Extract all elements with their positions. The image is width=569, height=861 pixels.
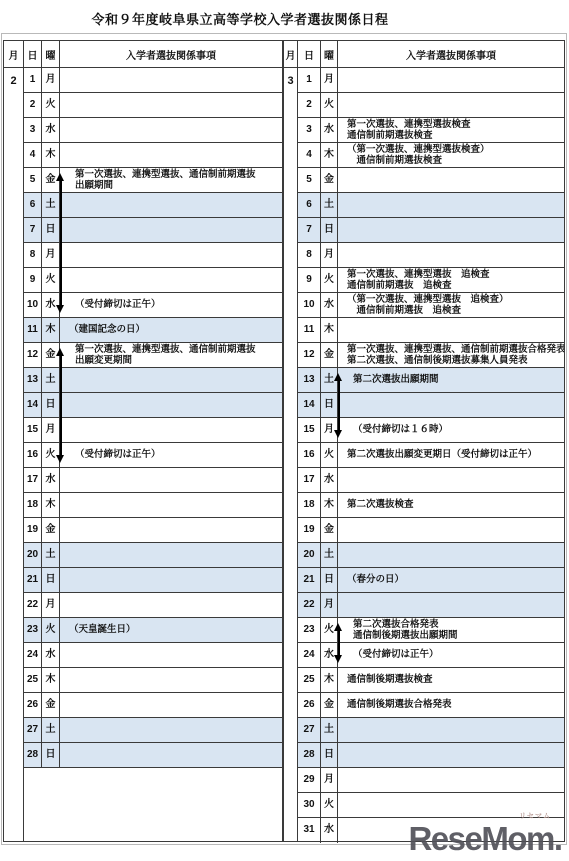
day-cell: 1 [24, 68, 42, 92]
day-cell: 12 [298, 343, 321, 367]
table-row-day-23: 23火（天皇誕生日） [24, 618, 282, 643]
arrow-shaft [338, 629, 340, 657]
events-cell [338, 243, 564, 267]
day-cell: 24 [298, 643, 321, 667]
events-cell [338, 743, 564, 767]
day-cell: 19 [24, 518, 42, 542]
day-cell: 15 [298, 418, 321, 442]
weekday-cell: 日 [321, 743, 338, 767]
day-cell: 10 [24, 293, 42, 317]
table-row-day-19: 19金 [24, 518, 282, 543]
events-cell [338, 168, 564, 192]
table-row-day-10: 10水（第一次選抜、連携型選抜 追検査） 通信制前期選抜 追検査 [298, 293, 564, 318]
events-cell [60, 193, 282, 217]
february-schedule-table: 月日曜入学者選抜関係事項21月2火3水4木5金第一次選抜、連携型選抜、通信制前期… [3, 40, 283, 842]
day-cell: 14 [298, 393, 321, 417]
weekday-cell: 木 [42, 668, 60, 692]
table-row-day-2: 2火 [24, 93, 282, 118]
event-line: 第二次選抜合格発表 [353, 619, 562, 631]
event-line: 通信制前期選抜検査 [347, 130, 562, 142]
column-header-weekday: 曜 [42, 41, 60, 67]
table-row-day-12: 12金第一次選抜、連携型選抜、通信制前期選抜合格発表第二次選抜、通信制後期選抜募… [298, 343, 564, 368]
weekday-cell: 水 [42, 118, 60, 142]
events-cell [60, 368, 282, 392]
day-cell: 3 [24, 118, 42, 142]
day-cell: 4 [298, 143, 321, 167]
events-cell [60, 543, 282, 567]
weekday-cell: 土 [321, 543, 338, 567]
table-row-day-7: 7日 [298, 218, 564, 243]
day-cell: 17 [24, 468, 42, 492]
table-header-row: 月日曜入学者選抜関係事項 [4, 41, 282, 68]
march-schedule-table: 月日曜入学者選抜関係事項31月2火3水第一次選抜、連携型選抜検査通信制前期選抜検… [283, 40, 565, 842]
table-row-day-22: 22月 [24, 593, 282, 618]
events-cell: 第一次選抜、連携型選抜検査通信制前期選抜検査 [338, 118, 564, 142]
weekday-cell: 水 [321, 468, 338, 492]
weekday-cell: 木 [42, 143, 60, 167]
weekday-cell: 日 [42, 568, 60, 592]
day-cell: 16 [298, 443, 321, 467]
event-line: （受付締切は正午） [75, 449, 280, 461]
table-row-day-8: 8月 [298, 243, 564, 268]
logo-text: ReseMom [408, 820, 553, 857]
day-cell: 11 [24, 318, 42, 342]
events-cell [60, 243, 282, 267]
day-cell: 14 [24, 393, 42, 417]
day-cell: 20 [298, 543, 321, 567]
weekday-cell: 水 [321, 118, 338, 142]
day-cell: 13 [24, 368, 42, 392]
events-cell [60, 693, 282, 717]
day-cell: 24 [24, 643, 42, 667]
weekday-cell: 土 [42, 718, 60, 742]
event-line: 通信制前期選抜検査 [347, 155, 562, 167]
column-header-day: 日 [298, 41, 321, 67]
events-cell [338, 218, 564, 242]
weekday-cell: 金 [321, 693, 338, 717]
table-row-day-24: 24水 [24, 643, 282, 668]
day-cell: 20 [24, 543, 42, 567]
resemom-watermark: リセマム ReseMom. [408, 813, 563, 858]
table-row-day-20: 20土 [24, 543, 282, 568]
events-cell: 第一次選抜、連携型選抜、通信制前期選抜出願期間 [60, 168, 282, 192]
event-line: 第一次選抜、連携型選抜、通信制前期選抜合格発表 [347, 344, 562, 356]
day-cell: 22 [298, 593, 321, 617]
weekday-cell: 月 [321, 243, 338, 267]
day-cell: 17 [298, 468, 321, 492]
event-line: 第二次選抜、通信制後期選抜募集人員発表 [347, 355, 562, 367]
event-line: （受付締切は１６時） [353, 424, 562, 436]
schedule-page: 令和９年度岐阜県立高等学校入学者選抜関係日程 月日曜入学者選抜関係事項21月2火… [0, 0, 569, 861]
weekday-cell: 水 [42, 643, 60, 667]
day-cell: 27 [298, 718, 321, 742]
table-row-day-4: 4木 [24, 143, 282, 168]
events-cell [60, 743, 282, 767]
table-row-day-25: 25木通信制後期選抜検査 [298, 668, 564, 693]
day-cell: 21 [298, 568, 321, 592]
weekday-cell: 木 [321, 143, 338, 167]
table-row-day-19: 19金 [298, 518, 564, 543]
table-row-day-11: 11木（建国記念の日） [24, 318, 282, 343]
event-line: 第一次選抜、連携型選抜検査 [347, 119, 562, 131]
table-row-day-28: 28日 [298, 743, 564, 768]
day-cell: 8 [24, 243, 42, 267]
day-cell: 25 [298, 668, 321, 692]
weekday-cell: 土 [321, 718, 338, 742]
day-cell: 2 [24, 93, 42, 117]
events-cell [60, 493, 282, 517]
month-label: 3 [284, 68, 298, 841]
day-cell: 6 [24, 193, 42, 217]
events-cell [338, 543, 564, 567]
arrow-down-head [334, 430, 342, 438]
day-cell: 26 [24, 693, 42, 717]
events-cell [60, 93, 282, 117]
events-cell: 第一次選抜、連携型選抜 追検査通信制前期選抜 追検査 [338, 268, 564, 292]
table-row-day-26: 26金 [24, 693, 282, 718]
events-cell: 第二次選抜出願期間 [338, 368, 564, 392]
table-row-day-25: 25木 [24, 668, 282, 693]
weekday-cell: 金 [42, 693, 60, 717]
arrow-down-head [56, 305, 64, 313]
day-cell: 23 [24, 618, 42, 642]
event-line: 第二次選抜検査 [347, 499, 562, 511]
column-header-day: 日 [24, 41, 42, 67]
table-row-day-20: 20土 [298, 543, 564, 568]
table-row-day-22: 22月 [298, 593, 564, 618]
events-cell: 第一次選抜、連携型選抜、通信制前期選抜出願変更期間 [60, 343, 282, 367]
events-cell: 第二次選抜合格発表通信制後期選抜出願期間 [338, 618, 564, 642]
day-cell: 28 [24, 743, 42, 767]
weekday-cell: 木 [321, 318, 338, 342]
table-row-day-2: 2火 [298, 93, 564, 118]
column-header-month: 月 [4, 41, 24, 67]
day-cell: 22 [24, 593, 42, 617]
weekday-cell: 火 [321, 268, 338, 292]
day-cell: 12 [24, 343, 42, 367]
events-cell: 第二次選抜出願変更期日（受付締切は正午） [338, 443, 564, 467]
events-cell: （天皇誕生日） [60, 618, 282, 642]
table-row-day-29: 29月 [298, 768, 564, 793]
weekday-cell: 木 [321, 493, 338, 517]
event-line: 第一次選抜、連携型選抜 追検査 [347, 269, 562, 281]
events-cell: （建国記念の日） [60, 318, 282, 342]
event-line: （春分の日） [347, 574, 562, 586]
table-row-day-3: 3水 [24, 118, 282, 143]
weekday-cell: 月 [42, 593, 60, 617]
events-cell [60, 418, 282, 442]
events-cell [338, 718, 564, 742]
event-line: 通信制後期選抜出願期間 [353, 630, 562, 642]
table-row-day-17: 17水 [24, 468, 282, 493]
weekday-cell: 土 [42, 543, 60, 567]
events-cell: （受付締切は正午） [60, 293, 282, 317]
events-cell [60, 668, 282, 692]
day-cell: 21 [24, 568, 42, 592]
event-line: （受付締切は正午） [353, 649, 562, 661]
events-cell: （第一次選抜、連携型選抜検査） 通信制前期選抜検査 [338, 143, 564, 167]
weekday-cell: 火 [321, 443, 338, 467]
table-row-day-6: 6土 [298, 193, 564, 218]
weekday-cell: 水 [321, 293, 338, 317]
weekday-cell: 木 [321, 668, 338, 692]
table-row-day-17: 17水 [298, 468, 564, 493]
day-cell: 5 [24, 168, 42, 192]
weekday-cell: 金 [321, 518, 338, 542]
day-cell: 25 [24, 668, 42, 692]
table-row-day-16: 16火第二次選抜出願変更期日（受付締切は正午） [298, 443, 564, 468]
event-line: 通信制前期選抜 追検査 [347, 280, 562, 292]
table-row-day-21: 21日（春分の日） [298, 568, 564, 593]
arrow-shaft [60, 354, 62, 457]
events-cell: （受付締切は正午） [338, 643, 564, 667]
events-cell [338, 393, 564, 417]
column-header-month: 月 [284, 41, 298, 67]
day-cell: 8 [298, 243, 321, 267]
day-cell: 18 [298, 493, 321, 517]
table-row-day-5: 5金 [298, 168, 564, 193]
period-arrow [56, 348, 65, 463]
events-cell: （受付締切は１６時） [338, 418, 564, 442]
events-cell [338, 193, 564, 217]
day-cell: 15 [24, 418, 42, 442]
period-arrow [334, 623, 343, 663]
table-header-row: 月日曜入学者選抜関係事項 [284, 41, 564, 68]
arrow-shaft [60, 179, 62, 307]
weekday-cell: 土 [321, 193, 338, 217]
arrow-down-head [334, 655, 342, 663]
events-cell [60, 643, 282, 667]
day-cell: 28 [298, 743, 321, 767]
column-header-events: 入学者選抜関係事項 [338, 41, 564, 67]
day-cell: 19 [298, 518, 321, 542]
table-row-day-1: 1月 [24, 68, 282, 93]
month-label: 2 [4, 68, 24, 841]
weekday-cell: 水 [321, 818, 338, 843]
table-row-day-27: 27土 [298, 718, 564, 743]
day-cell: 5 [298, 168, 321, 192]
day-cell: 16 [24, 443, 42, 467]
events-cell [338, 768, 564, 792]
weekday-cell: 月 [321, 593, 338, 617]
day-cell: 9 [298, 268, 321, 292]
day-cell: 3 [298, 118, 321, 142]
events-cell: （春分の日） [338, 568, 564, 592]
events-cell: 第二次選抜検査 [338, 493, 564, 517]
weekday-cell: 日 [321, 568, 338, 592]
day-cell: 7 [24, 218, 42, 242]
table-row-day-18: 18木 [24, 493, 282, 518]
column-header-weekday: 曜 [321, 41, 338, 67]
weekday-cell: 月 [321, 768, 338, 792]
event-line: 通信制前期選抜 追検査 [347, 305, 562, 317]
weekday-cell: 木 [42, 318, 60, 342]
events-cell [60, 68, 282, 92]
period-arrow [56, 173, 65, 313]
event-line: （第一次選抜、連携型選抜 追検査） [347, 294, 562, 306]
day-cell: 29 [298, 768, 321, 792]
table-row-day-4: 4木（第一次選抜、連携型選抜検査） 通信制前期選抜検査 [298, 143, 564, 168]
events-cell [338, 68, 564, 92]
day-cell: 23 [298, 618, 321, 642]
day-rows: 1月2火3水第一次選抜、連携型選抜検査通信制前期選抜検査4木（第一次選抜、連携型… [298, 68, 564, 841]
weekday-cell: 金 [321, 168, 338, 192]
event-line: （第一次選抜、連携型選抜検査） [347, 144, 562, 156]
table-row-day-27: 27土 [24, 718, 282, 743]
page-title: 令和９年度岐阜県立高等学校入学者選抜関係日程 [0, 9, 480, 28]
table-row-day-1: 1月 [298, 68, 564, 93]
event-line: 出願期間 [75, 180, 280, 192]
day-cell: 18 [24, 493, 42, 517]
events-cell: （受付締切は正午） [60, 443, 282, 467]
events-cell [338, 593, 564, 617]
day-cell: 10 [298, 293, 321, 317]
events-cell: 第一次選抜、連携型選抜、通信制前期選抜合格発表第二次選抜、通信制後期選抜募集人員… [338, 343, 564, 367]
events-cell [338, 93, 564, 117]
weekday-cell: 日 [42, 743, 60, 767]
weekday-cell: 火 [321, 93, 338, 117]
table-row-day-9: 9火第一次選抜、連携型選抜 追検査通信制前期選抜 追検査 [298, 268, 564, 293]
day-cell: 4 [24, 143, 42, 167]
day-cell: 26 [298, 693, 321, 717]
weekday-cell: 月 [42, 68, 60, 92]
event-line: 第一次選抜、連携型選抜、通信制前期選抜 [75, 344, 280, 356]
weekday-cell: 木 [42, 493, 60, 517]
event-line: 通信制後期選抜合格発表 [347, 699, 562, 711]
events-cell: 通信制後期選抜検査 [338, 668, 564, 692]
event-line: 第二次選抜出願期間 [353, 374, 562, 386]
events-cell [60, 143, 282, 167]
table-row-day-3: 3水第一次選抜、連携型選抜検査通信制前期選抜検査 [298, 118, 564, 143]
event-line: 出願変更期間 [75, 355, 280, 367]
day-cell: 30 [298, 793, 321, 817]
event-line: 第一次選抜、連携型選抜、通信制前期選抜 [75, 169, 280, 181]
empty-filler-cell [24, 768, 282, 843]
events-cell [60, 218, 282, 242]
events-cell [60, 393, 282, 417]
weekday-cell: 火 [42, 93, 60, 117]
column-header-events: 入学者選抜関係事項 [60, 41, 282, 67]
events-cell [338, 518, 564, 542]
events-cell [60, 718, 282, 742]
arrow-down-head [56, 455, 64, 463]
event-line: （建国記念の日） [69, 324, 280, 336]
arrow-shaft [338, 379, 340, 432]
events-cell [338, 468, 564, 492]
events-cell [60, 593, 282, 617]
day-cell: 1 [298, 68, 321, 92]
events-cell [60, 468, 282, 492]
events-cell [60, 518, 282, 542]
day-cell: 2 [298, 93, 321, 117]
table-row-day-26: 26金通信制後期選抜合格発表 [298, 693, 564, 718]
event-line: （天皇誕生日） [69, 624, 280, 636]
weekday-cell: 火 [321, 793, 338, 817]
day-cell: 27 [24, 718, 42, 742]
logo-kana-label: リセマム [408, 813, 551, 820]
table-row-day-18: 18木第二次選抜検査 [298, 493, 564, 518]
table-row-day-21: 21日 [24, 568, 282, 593]
event-line: 第二次選抜出願変更期日（受付締切は正午） [347, 449, 562, 461]
events-cell: 通信制後期選抜合格発表 [338, 693, 564, 717]
event-line: （受付締切は正午） [75, 299, 280, 311]
event-line: 通信制後期選抜検査 [347, 674, 562, 686]
weekday-cell: 日 [321, 218, 338, 242]
day-cell: 9 [24, 268, 42, 292]
weekday-cell: 水 [42, 468, 60, 492]
period-arrow [334, 373, 343, 438]
table-row-day-11: 11木 [298, 318, 564, 343]
events-cell [338, 318, 564, 342]
events-cell [60, 568, 282, 592]
day-cell: 31 [298, 818, 321, 843]
day-cell: 6 [298, 193, 321, 217]
events-cell [60, 118, 282, 142]
logo-period: . [554, 820, 563, 857]
weekday-cell: 金 [321, 343, 338, 367]
table-row-day-28: 28日 [24, 743, 282, 768]
day-cell: 7 [298, 218, 321, 242]
day-cell: 13 [298, 368, 321, 392]
events-cell [60, 268, 282, 292]
weekday-cell: 月 [321, 68, 338, 92]
day-cell: 11 [298, 318, 321, 342]
weekday-cell: 火 [42, 618, 60, 642]
weekday-cell: 金 [42, 518, 60, 542]
events-cell: （第一次選抜、連携型選抜 追検査） 通信制前期選抜 追検査 [338, 293, 564, 317]
